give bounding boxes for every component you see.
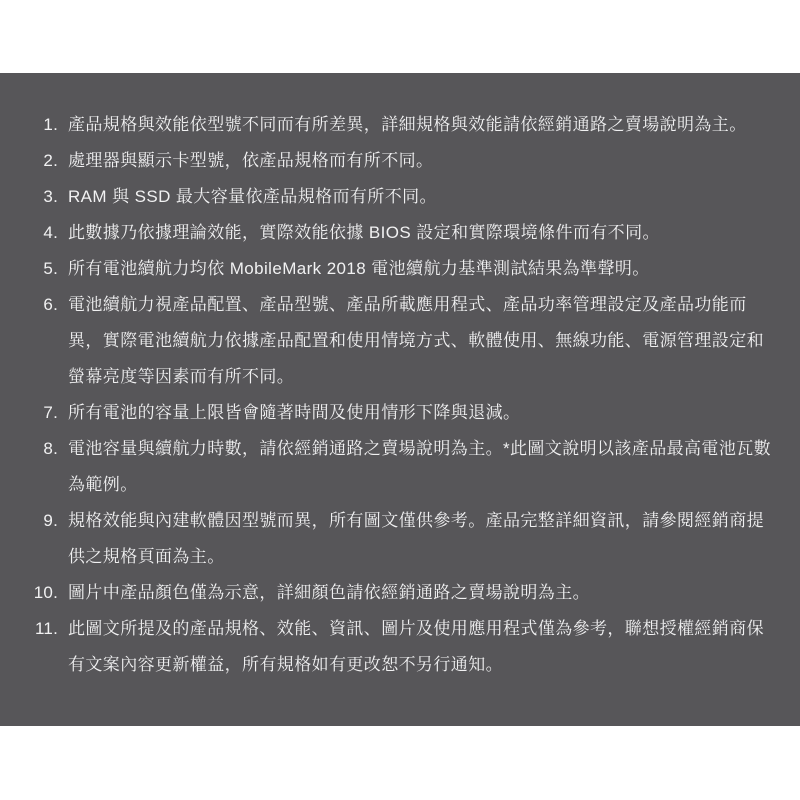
disclaimer-item: 7. 所有電池的容量上限皆會隨著時間及使用情形下降與退減。 [33, 395, 772, 431]
disclaimer-item: 1. 產品規格與效能依型號不同而有所差異，詳細規格與效能請依經銷通路之賣場說明為… [33, 107, 772, 143]
disclaimer-item-text: 電池容量與續航力時數，請依經銷通路之賣場說明為主。*此圖文說明以該產品最高電池瓦… [68, 431, 772, 503]
disclaimer-item: 2. 處理器與顯示卡型號，依產品規格而有所不同。 [33, 143, 772, 179]
disclaimer-item-number: 11. [33, 611, 58, 647]
disclaimer-item-number: 1. [33, 107, 58, 143]
disclaimer-item: 10. 圖片中產品顏色僅為示意，詳細顏色請依經銷通路之賣場說明為主。 [33, 575, 772, 611]
disclaimer-item-number: 7. [33, 395, 58, 431]
disclaimer-item-text: 圖片中產品顏色僅為示意，詳細顏色請依經銷通路之賣場說明為主。 [68, 575, 772, 611]
disclaimer-item: 5. 所有電池續航力均依 MobileMark 2018 電池續航力基準測試結果… [33, 251, 772, 287]
disclaimer-item-number: 3. [33, 179, 58, 215]
disclaimer-item: 11. 此圖文所提及的產品規格、效能、資訊、圖片及使用應用程式僅為參考，聯想授權… [33, 611, 772, 683]
disclaimer-item: 3. RAM 與 SSD 最大容量依產品規格而有所不同。 [33, 179, 772, 215]
disclaimer-item-number: 10. [33, 575, 58, 611]
disclaimer-item-number: 2. [33, 143, 58, 179]
disclaimer-item-number: 4. [33, 215, 58, 251]
disclaimer-item-number: 8. [33, 431, 58, 467]
disclaimer-item-number: 6. [33, 287, 58, 323]
disclaimer-item-text: 處理器與顯示卡型號，依產品規格而有所不同。 [68, 143, 772, 179]
disclaimer-item-text: 所有電池續航力均依 MobileMark 2018 電池續航力基準測試結果為準聲… [68, 251, 772, 287]
disclaimer-item-text: 規格效能與內建軟體因型號而異，所有圖文僅供參考。產品完整詳細資訊，請參閱經銷商提… [68, 503, 772, 575]
disclaimer-item: 4. 此數據乃依據理論效能，實際效能依據 BIOS 設定和實際環境條件而有不同。 [33, 215, 772, 251]
disclaimer-item-number: 9. [33, 503, 58, 539]
disclaimer-item-text: 電池續航力視產品配置、產品型號、產品所載應用程式、產品功率管理設定及產品功能而異… [68, 287, 772, 395]
disclaimer-item-text: 所有電池的容量上限皆會隨著時間及使用情形下降與退減。 [68, 395, 772, 431]
disclaimer-item-number: 5. [33, 251, 58, 287]
disclaimer-item-text: 產品規格與效能依型號不同而有所差異，詳細規格與效能請依經銷通路之賣場說明為主。 [68, 107, 772, 143]
disclaimer-panel: 1. 產品規格與效能依型號不同而有所差異，詳細規格與效能請依經銷通路之賣場說明為… [0, 73, 800, 726]
disclaimer-item-text: 此圖文所提及的產品規格、效能、資訊、圖片及使用應用程式僅為參考，聯想授權經銷商保… [68, 611, 772, 683]
disclaimer-item: 6. 電池續航力視產品配置、產品型號、產品所載應用程式、產品功率管理設定及產品功… [33, 287, 772, 395]
disclaimer-item-text: RAM 與 SSD 最大容量依產品規格而有所不同。 [68, 179, 772, 215]
disclaimer-item: 9. 規格效能與內建軟體因型號而異，所有圖文僅供參考。產品完整詳細資訊，請參閱經… [33, 503, 772, 575]
disclaimer-item: 8. 電池容量與續航力時數，請依經銷通路之賣場說明為主。*此圖文說明以該產品最高… [33, 431, 772, 503]
disclaimer-item-text: 此數據乃依據理論效能，實際效能依據 BIOS 設定和實際環境條件而有不同。 [68, 215, 772, 251]
